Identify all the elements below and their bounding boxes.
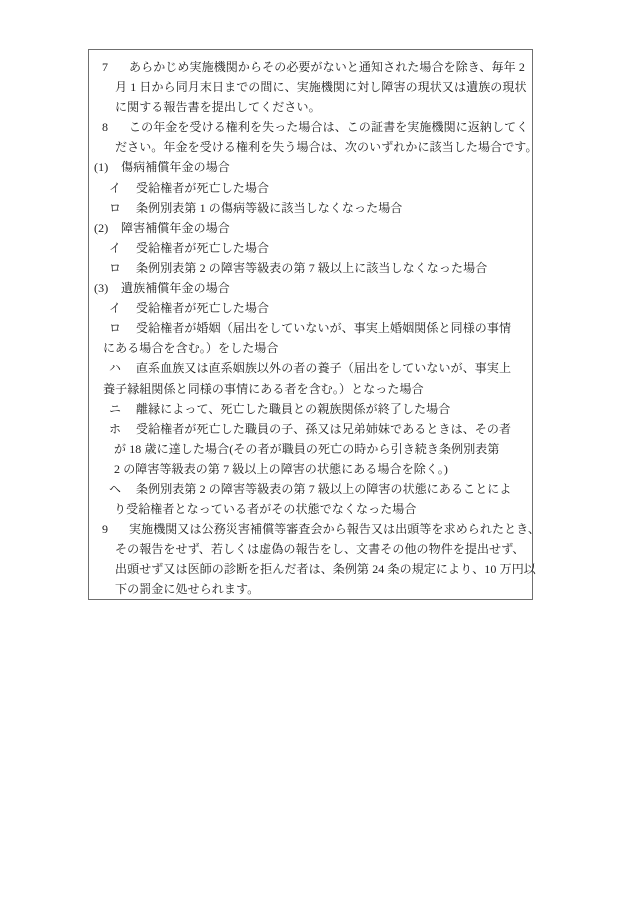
line-text: 受給権者が死亡した職員の子、孫又は兄弟姉妹であるときは、その者 [136, 422, 511, 436]
document-line: ホ受給権者が死亡した職員の子、孫又は兄弟姉妹であるときは、その者 [89, 419, 532, 439]
document-line: に関する報告書を提出してください。 [89, 97, 532, 117]
list-marker: (2) [94, 218, 121, 238]
list-marker: ロ [109, 318, 136, 338]
document-line: ニ離縁によって、死亡した職員との親族関係が終了した場合 [89, 399, 532, 419]
document-line: 7あらかじめ実施機関からその必要がないと通知された場合を除き、毎年 2 [89, 57, 532, 77]
line-text: 受給権者が死亡した場合 [136, 241, 269, 255]
document-line: イ受給権者が死亡した場合 [89, 238, 532, 258]
document-line: ヘ条例別表第 2 の障害等級表の第 7 級以上の障害の状態にあることによ [89, 479, 532, 499]
list-marker: イ [109, 298, 136, 318]
line-text: 条例別表第 2 の障害等級表の第 7 級以上に該当しなくなった場合 [136, 261, 487, 275]
line-text: 2 の障害等級表の第 7 級以上の障害の状態にある場合を除く。) [114, 462, 448, 476]
document-line: 出頭せず又は医師の診断を拒んだ者は、条例第 24 条の規定により、10 万円以 [89, 559, 532, 579]
document-line: ハ直系血族又は直系姻族以外の者の養子（届出をしていないが、事実上 [89, 358, 532, 378]
list-marker: ハ [109, 358, 136, 378]
line-text: 出頭せず又は医師の診断を拒んだ者は、条例第 24 条の規定により、10 万円以 [115, 562, 536, 576]
line-text: 離縁によって、死亡した職員との親族関係が終了した場合 [136, 402, 450, 416]
document-line: その報告をせず、若しくは虚偽の報告をし、文書その他の物件を提出せず、 [89, 539, 532, 559]
line-text: 条例別表第 2 の障害等級表の第 7 級以上の障害の状態にあることによ [136, 482, 512, 496]
line-text: が 18 歳に達した場合(その者が職員の死亡の時から引き続き条例別表第 [114, 442, 500, 456]
line-text: 受給権者が死亡した場合 [136, 301, 269, 315]
document-line: 2 の障害等級表の第 7 級以上の障害の状態にある場合を除く。) [89, 459, 532, 479]
document-line: ださい。年金を受ける権利を失う場合は、次のいずれかに該当した場合です。 [89, 137, 532, 157]
document-line: 養子縁組関係と同様の事情にある者を含む。）となった場合 [89, 379, 532, 399]
list-marker: (3) [94, 278, 121, 298]
document-line: 月 1 日から同月末日までの間に、実施機関に対し障害の現状又は遺族の現状 [89, 77, 532, 97]
list-marker: ロ [109, 198, 136, 218]
line-text: 受給権者が死亡した場合 [136, 181, 269, 195]
document-line: (2)障害補償年金の場合 [89, 218, 532, 238]
document-line: (1)傷病補償年金の場合 [89, 157, 532, 177]
document-line: 下の罰金に処せられます。 [89, 579, 532, 599]
line-text: に関する報告書を提出してください。 [115, 100, 321, 114]
document-line: り受給権者となっている者がその状態でなくなった場合 [89, 499, 532, 519]
document-line: 8この年金を受ける権利を失った場合は、この証書を実施機関に返納してく [89, 117, 532, 137]
line-text: この年金を受ける権利を失った場合は、この証書を実施機関に返納してく [129, 120, 528, 134]
list-marker: ロ [109, 258, 136, 278]
line-text: 下の罰金に処せられます。 [115, 582, 259, 596]
document-line: ロ条例別表第 2 の障害等級表の第 7 級以上に該当しなくなった場合 [89, 258, 532, 278]
list-marker: ホ [109, 419, 136, 439]
document-line: が 18 歳に達した場合(その者が職員の死亡の時から引き続き条例別表第 [89, 439, 532, 459]
line-text: 直系血族又は直系姻族以外の者の養子（届出をしていないが、事実上 [136, 361, 511, 375]
document-line: (3)遺族補償年金の場合 [89, 278, 532, 298]
list-marker: (1) [94, 157, 121, 177]
list-marker: ヘ [109, 479, 136, 499]
line-text: 月 1 日から同月末日までの間に、実施機関に対し障害の現状又は遺族の現状 [115, 80, 527, 94]
document-line: ロ条例別表第 1 の傷病等級に該当しなくなった場合 [89, 198, 532, 218]
line-text: 障害補償年金の場合 [121, 221, 230, 235]
list-marker: 8 [102, 117, 129, 137]
list-marker: 7 [102, 57, 129, 77]
line-text: 条例別表第 1 の傷病等級に該当しなくなった場合 [136, 201, 402, 215]
document-line: イ受給権者が死亡した場合 [89, 178, 532, 198]
line-text: 受給権者が婚姻（届出をしていないが、事実上婚姻関係と同様の事情 [136, 321, 511, 335]
line-text: 実施機関又は公務災害補償等審査会から報告又は出頭等を求められたとき、 [129, 522, 540, 536]
line-text: 養子縁組関係と同様の事情にある者を含む。）となった場合 [103, 382, 424, 396]
line-text: り受給権者となっている者がその状態でなくなった場合 [114, 502, 417, 516]
document-page: 7あらかじめ実施機関からその必要がないと通知された場合を除き、毎年 2 月 1 … [0, 0, 630, 903]
list-marker: イ [109, 238, 136, 258]
document-line: にある場合を含む。）をした場合 [89, 338, 532, 358]
document-line: イ受給権者が死亡した場合 [89, 298, 532, 318]
line-text: 傷病補償年金の場合 [121, 160, 230, 174]
line-text: にある場合を含む。）をした場合 [103, 341, 279, 355]
document-line: 9実施機関又は公務災害補償等審査会から報告又は出頭等を求められたとき、 [89, 519, 532, 539]
line-text: その報告をせず、若しくは虚偽の報告をし、文書その他の物件を提出せず、 [115, 542, 524, 556]
line-text: 遺族補償年金の場合 [121, 281, 230, 295]
list-marker: ニ [109, 399, 136, 419]
line-text: ださい。年金を受ける権利を失う場合は、次のいずれかに該当した場合です。 [115, 140, 538, 154]
line-text: あらかじめ実施機関からその必要がないと通知された場合を除き、毎年 2 [129, 60, 525, 74]
notes-bordered-box: 7あらかじめ実施機関からその必要がないと通知された場合を除き、毎年 2 月 1 … [88, 49, 533, 600]
list-marker: 9 [102, 519, 129, 539]
document-line: ロ受給権者が婚姻（届出をしていないが、事実上婚姻関係と同様の事情 [89, 318, 532, 338]
list-marker: イ [109, 178, 136, 198]
